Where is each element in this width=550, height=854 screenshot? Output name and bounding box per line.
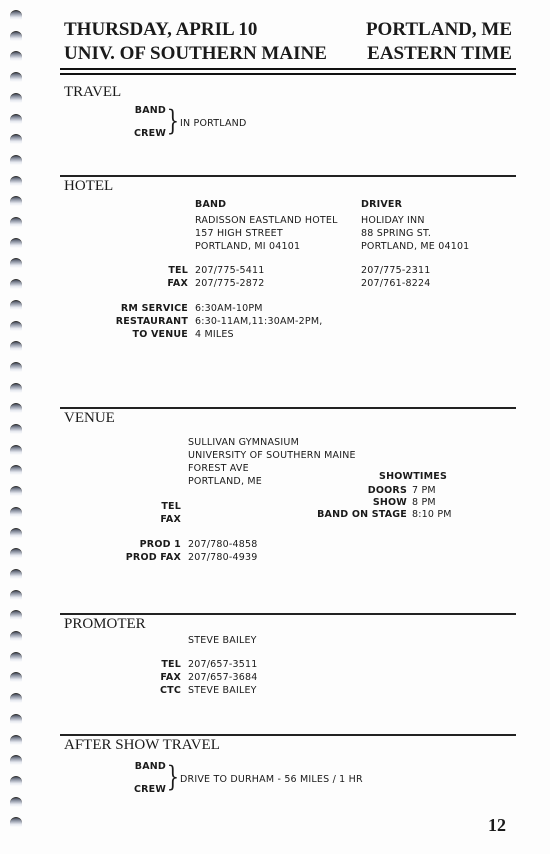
after-show-crew-label: CREW [134, 784, 166, 795]
binding-hole [10, 610, 22, 620]
binding-hole [10, 507, 22, 517]
header-venue: UNIV. OF SOUTHERN MAINE [64, 42, 327, 66]
travel-crew-label: CREW [134, 128, 166, 139]
header-rule-bottom [60, 73, 516, 75]
hotel-to-venue: 4 MILES [195, 329, 234, 340]
venue-fax-label: FAX [160, 514, 181, 525]
binding-hole [10, 652, 22, 662]
venue-street: FOREST AVE [188, 463, 249, 474]
promoter-name: STEVE BAILEY [188, 635, 257, 646]
hotel-driver-tel: 207/775-2311 [361, 265, 430, 276]
hotel-band-city: PORTLAND, MI 04101 [195, 241, 300, 252]
promoter-fax-label: FAX [160, 672, 181, 683]
binding-hole [10, 548, 22, 558]
venue-prod-fax-label: PROD FAX [126, 552, 181, 563]
binding-hole [10, 797, 22, 807]
promoter-tel-label: TEL [161, 659, 181, 670]
binding-hole [10, 590, 22, 600]
binding-hole [10, 176, 22, 186]
promoter-fax: 207/657-3684 [188, 672, 257, 683]
section-rule [60, 613, 516, 615]
show-label: SHOW [373, 497, 407, 508]
binding-hole [10, 362, 22, 372]
venue-org: UNIVERSITY OF SOUTHERN MAINE [188, 450, 356, 461]
hotel-driver-fax: 207/761-8224 [361, 278, 430, 289]
hotel-rm-service-label: RM SERVICE [121, 303, 188, 314]
promoter-tel: 207/657-3511 [188, 659, 257, 670]
hotel-driver-street: 88 SPRING ST. [361, 228, 431, 239]
binding-hole [10, 279, 22, 289]
hotel-band-heading: BAND [195, 199, 226, 210]
hotel-tel-label: TEL [168, 265, 188, 276]
showtimes-heading: SHOWTIMES [379, 471, 447, 482]
promoter-ctc: STEVE BAILEY [188, 685, 257, 696]
promoter-ctc-label: CTC [160, 685, 181, 696]
section-title-travel: TRAVEL [64, 84, 121, 101]
hotel-band-name: RADISSON EASTLAND HOTEL [195, 215, 338, 226]
binding-hole [10, 714, 22, 724]
doors-time: 7 PM [412, 485, 436, 496]
binding-hole [10, 341, 22, 351]
venue-name: SULLIVAN GYMNASIUM [188, 437, 299, 448]
binding-hole [10, 693, 22, 703]
binding-hole [10, 817, 22, 827]
binding-hole [10, 31, 22, 41]
travel-value: IN PORTLAND [180, 118, 246, 129]
section-title-venue: VENUE [64, 410, 115, 427]
binding-hole [10, 238, 22, 248]
binding-hole [10, 735, 22, 745]
band-on-stage-time: 8:10 PM [412, 509, 452, 520]
binding-hole [10, 424, 22, 434]
hotel-to-venue-label: TO VENUE [133, 329, 188, 340]
venue-city: PORTLAND, ME [188, 476, 262, 487]
after-show-band-label: BAND [135, 761, 166, 772]
binding-hole [10, 10, 22, 20]
doors-label: DOORS [368, 485, 407, 496]
hotel-rm-service: 6:30AM-10PM [195, 303, 263, 314]
binding-hole [10, 258, 22, 268]
hotel-band-street: 157 HIGH STREET [195, 228, 283, 239]
binding-hole [10, 155, 22, 165]
after-show-value: DRIVE TO DURHAM - 56 MILES / 1 HR [180, 774, 363, 785]
section-rule [60, 407, 516, 409]
binding-hole [10, 776, 22, 786]
binding-hole [10, 465, 22, 475]
hotel-restaurant-label: RESTAURANT [116, 316, 188, 327]
binding-hole [10, 51, 22, 61]
binding-hole [10, 134, 22, 144]
binding-hole [10, 403, 22, 413]
section-title-promoter: PROMOTER [64, 616, 146, 633]
show-time: 8 PM [412, 497, 436, 508]
binding-hole [10, 528, 22, 538]
brace-icon: } [167, 763, 179, 791]
binding-hole [10, 569, 22, 579]
venue-tel-label: TEL [161, 501, 181, 512]
venue-prod1-label: PROD 1 [140, 539, 181, 550]
venue-prod1: 207/780-4858 [188, 539, 257, 550]
header-date: THURSDAY, APRIL 10 [64, 18, 257, 42]
binding-hole [10, 300, 22, 310]
binding-hole [10, 445, 22, 455]
hotel-restaurant: 6:30-11AM,11:30AM-2PM, [195, 316, 322, 327]
binding-hole [10, 114, 22, 124]
venue-prod-fax: 207/780-4939 [188, 552, 257, 563]
binding-hole [10, 196, 22, 206]
binding-hole [10, 72, 22, 82]
binding-hole [10, 672, 22, 682]
page-header: THURSDAY, APRIL 10 PORTLAND, ME UNIV. OF… [64, 18, 512, 66]
hotel-driver-heading: DRIVER [361, 199, 402, 210]
travel-band-label: BAND [135, 105, 166, 116]
hotel-band-tel: 207/775-5411 [195, 265, 264, 276]
binding-hole [10, 321, 22, 331]
binding-hole [10, 93, 22, 103]
binding-hole [10, 486, 22, 496]
brace-icon: } [167, 107, 179, 135]
hotel-driver-city: PORTLAND, ME 04101 [361, 241, 469, 252]
section-title-after-show-travel: AFTER SHOW TRAVEL [64, 737, 220, 754]
section-rule [60, 175, 516, 177]
header-city: PORTLAND, ME [366, 18, 512, 42]
binding-hole [10, 755, 22, 765]
page-number: 12 [488, 815, 506, 836]
hotel-fax-label: FAX [167, 278, 188, 289]
section-rule [60, 734, 516, 736]
hotel-driver-name: HOLIDAY INN [361, 215, 425, 226]
header-timezone: EASTERN TIME [367, 42, 512, 66]
binding-hole [10, 631, 22, 641]
header-rule-top [60, 68, 516, 70]
hotel-band-fax: 207/775-2872 [195, 278, 264, 289]
section-title-hotel: HOTEL [64, 178, 113, 195]
binding-hole [10, 383, 22, 393]
binding-hole [10, 217, 22, 227]
band-on-stage-label: BAND ON STAGE [317, 509, 407, 520]
